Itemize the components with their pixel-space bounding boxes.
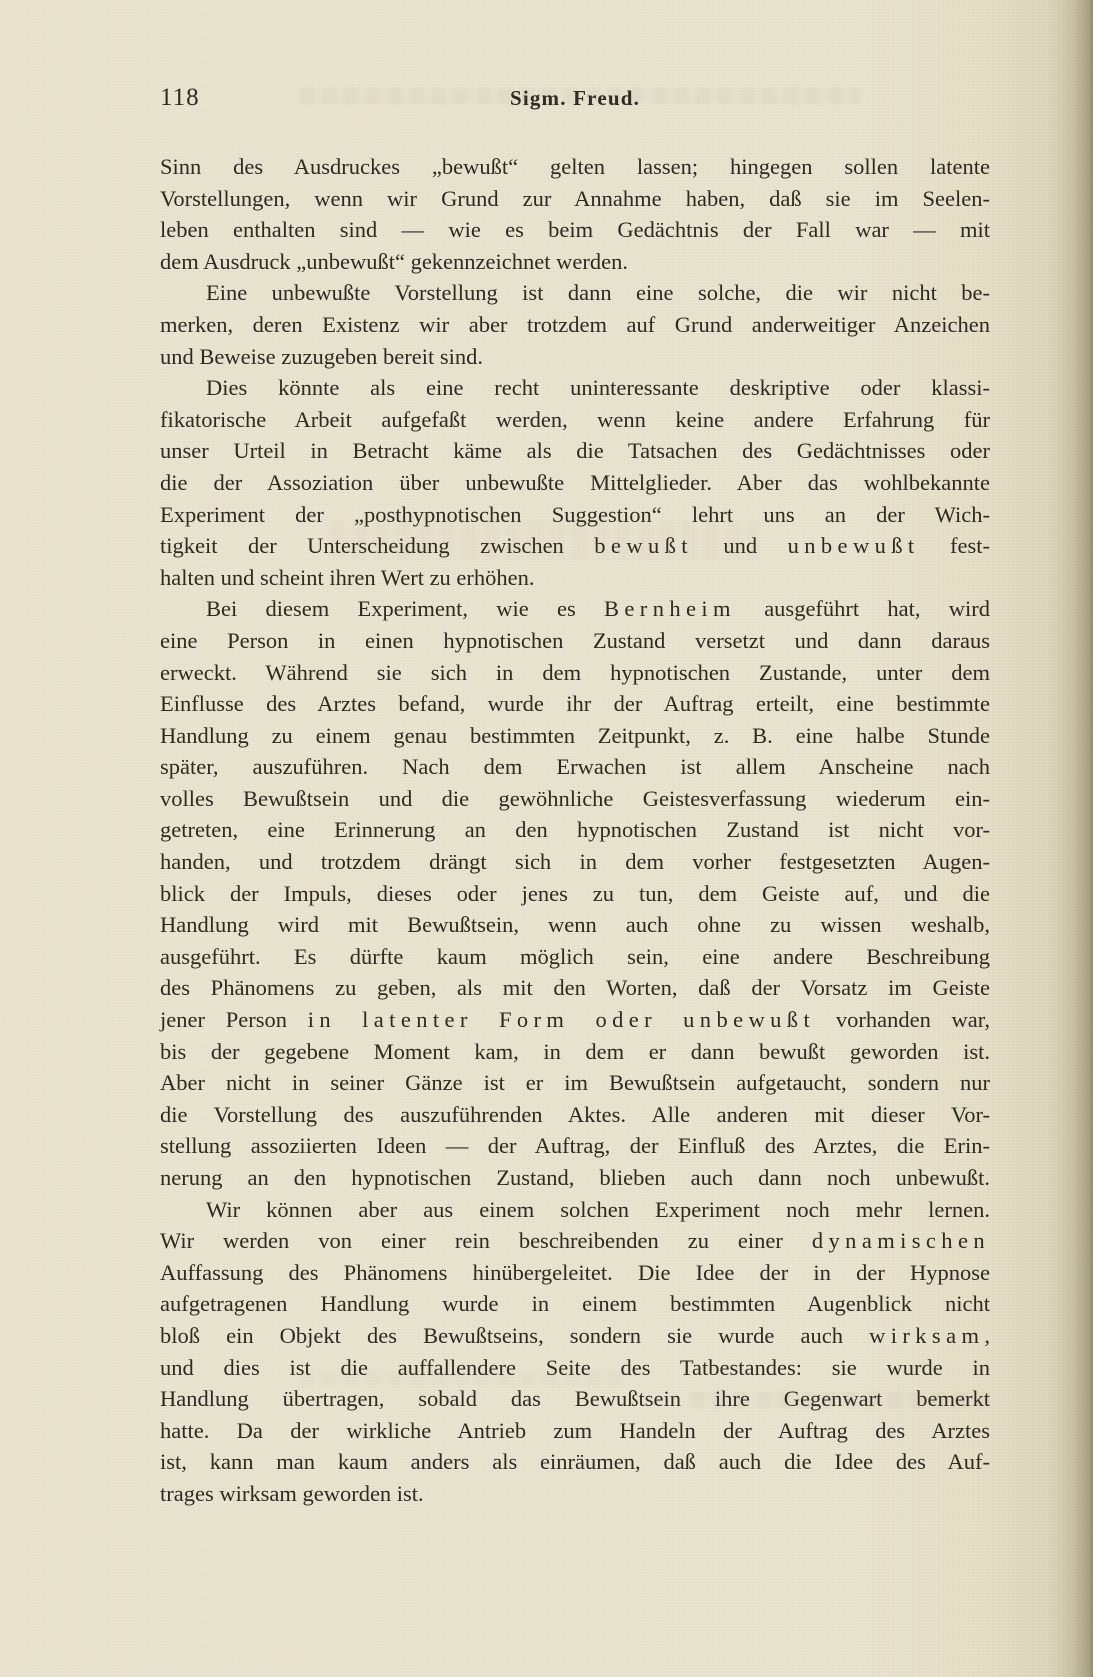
text-line: blick der Impuls, dieses oder jenes zu t… bbox=[160, 878, 990, 910]
body-text: Sinn des Ausdruckes „bewußt“ gelten lass… bbox=[160, 151, 990, 1510]
text-run: bloß ein Objekt des Bewußtseins, sondern… bbox=[160, 1323, 869, 1348]
text-run: und bbox=[693, 533, 788, 558]
text-run: merken, deren Existenz wir aber trotzdem… bbox=[160, 312, 990, 337]
text-run: nerung an den hypnotischen Zustand, blie… bbox=[160, 1165, 990, 1190]
text-line: bis der gegebene Moment kam, in dem er d… bbox=[160, 1036, 990, 1068]
text-run: tigkeit der Unterscheidung zwischen bbox=[160, 533, 594, 558]
text-line: die der Assoziation über unbewußte Mitte… bbox=[160, 467, 990, 499]
text-run: fikatorische Arbeit aufgefaßt werden, we… bbox=[160, 407, 990, 432]
text-run: Dies könnte als eine recht uninteressant… bbox=[206, 375, 990, 400]
text-line: eine Person in einen hypnotischen Zustan… bbox=[160, 625, 990, 657]
text-line: ist, kann man kaum anders als einräumen,… bbox=[160, 1446, 990, 1478]
text-run: getreten, eine Erinnerung an den hypnoti… bbox=[160, 817, 990, 842]
text-line: Wir werden von einer rein beschreibenden… bbox=[160, 1225, 990, 1257]
text-run: eine Person in einen hypnotischen Zustan… bbox=[160, 628, 990, 653]
page-edge-shadow bbox=[1047, 0, 1093, 1677]
text-run: erweckt. Während sie sich in dem hypnoti… bbox=[160, 660, 990, 685]
text-line: Vorstellungen, wenn wir Grund zur Annahm… bbox=[160, 183, 990, 215]
text-run: Handlung wird mit Bewußtsein, wenn auch … bbox=[160, 912, 990, 937]
text-run: die der Assoziation über unbewußte Mitte… bbox=[160, 470, 990, 495]
letterspaced-text-run: Bernheim bbox=[604, 596, 736, 621]
text-line: des Phänomens zu geben, als mit den Wort… bbox=[160, 972, 990, 1004]
letterspaced-text-run: bewußt bbox=[594, 533, 693, 558]
text-line: Handlung wird mit Bewußtsein, wenn auch … bbox=[160, 909, 990, 941]
text-run: später, auszuführen. Nach dem Erwachen i… bbox=[160, 754, 990, 779]
text-run: blick der Impuls, dieses oder jenes zu t… bbox=[160, 881, 990, 906]
text-line: und dies ist die auffallendere Seite des… bbox=[160, 1352, 990, 1384]
text-line: hatte. Da der wirkliche Antrieb zum Hand… bbox=[160, 1415, 990, 1447]
text-run: ist, kann man kaum anders als einräumen,… bbox=[160, 1449, 990, 1474]
text-line: und Beweise zuzugeben bereit sind. bbox=[160, 341, 990, 373]
text-run: und Beweise zuzugeben bereit sind. bbox=[160, 344, 483, 369]
text-line: später, auszuführen. Nach dem Erwachen i… bbox=[160, 751, 990, 783]
text-line: merken, deren Existenz wir aber trotzdem… bbox=[160, 309, 990, 341]
text-line: fikatorische Arbeit aufgefaßt werden, we… bbox=[160, 404, 990, 436]
text-line: Sinn des Ausdruckes „bewußt“ gelten lass… bbox=[160, 151, 990, 183]
text-line: ausgeführt. Es dürfte kaum möglich sein,… bbox=[160, 941, 990, 973]
text-run: Bei diesem Experiment, wie es bbox=[206, 596, 604, 621]
text-run: fest- bbox=[920, 533, 990, 558]
text-run: halten und scheint ihren Wert zu erhöhen… bbox=[160, 565, 535, 590]
running-header: Sigm. Freud. bbox=[160, 86, 990, 111]
text-run: bis der gegebene Moment kam, in dem er d… bbox=[160, 1039, 990, 1064]
text-run: ausgeführt. Es dürfte kaum möglich sein,… bbox=[160, 944, 990, 969]
letterspaced-text-run: in latenter Form oder unbewußt bbox=[308, 1007, 815, 1032]
letterspaced-text-run: dynamischen bbox=[812, 1228, 990, 1253]
text-run: Sinn des Ausdruckes „bewußt“ gelten lass… bbox=[160, 154, 990, 179]
text-line: handen, und trotzdem drängt sich in dem … bbox=[160, 846, 990, 878]
text-run: Eine unbewußte Vorstellung ist dann eine… bbox=[206, 280, 990, 305]
text-run: , bbox=[984, 1323, 990, 1348]
text-line: erweckt. Während sie sich in dem hypnoti… bbox=[160, 657, 990, 689]
letterspaced-text-run: unbewußt bbox=[788, 533, 920, 558]
text-run: ausgeführt hat, wird bbox=[736, 596, 990, 621]
text-run: unser Urteil in Betracht käme als die Ta… bbox=[160, 438, 990, 463]
text-line: Bei diesem Experiment, wie es Bernheim a… bbox=[160, 593, 990, 625]
text-line: die Vorstellung des auszuführenden Aktes… bbox=[160, 1099, 990, 1131]
text-run: und dies ist die auffallendere Seite des… bbox=[160, 1355, 990, 1380]
text-line: tigkeit der Unterscheidung zwischen bewu… bbox=[160, 530, 990, 562]
text-run: Handlung übertragen, sobald das Bewußtse… bbox=[160, 1386, 990, 1411]
text-line: bloß ein Objekt des Bewußtseins, sondern… bbox=[160, 1320, 990, 1352]
text-line: halten und scheint ihren Wert zu erhöhen… bbox=[160, 562, 990, 594]
text-run: Auffassung des Phänomens hinübergeleitet… bbox=[160, 1260, 990, 1285]
text-line: Eine unbewußte Vorstellung ist dann eine… bbox=[160, 277, 990, 309]
text-run: Experiment der „posthypnotischen Suggest… bbox=[160, 502, 990, 527]
text-line: Handlung übertragen, sobald das Bewußtse… bbox=[160, 1383, 990, 1415]
text-line: dem Ausdruck „unbewußt“ gekennzeichnet w… bbox=[160, 246, 990, 278]
letterspaced-text-run: wirksam bbox=[869, 1323, 984, 1348]
text-line: Wir können aber aus einem solchen Experi… bbox=[160, 1194, 990, 1226]
text-run: aufgetragenen Handlung wurde in einem be… bbox=[160, 1291, 990, 1316]
text-line: aufgetragenen Handlung wurde in einem be… bbox=[160, 1288, 990, 1320]
text-run: hatte. Da der wirkliche Antrieb zum Hand… bbox=[160, 1418, 990, 1443]
text-line: Dies könnte als eine recht uninteressant… bbox=[160, 372, 990, 404]
text-line: Einflusse des Arztes befand, wurde ihr d… bbox=[160, 688, 990, 720]
text-line: stellung assoziierten Ideen — der Auftra… bbox=[160, 1130, 990, 1162]
text-line: Handlung zu einem genau bestimmten Zeitp… bbox=[160, 720, 990, 752]
text-line: nerung an den hypnotischen Zustand, blie… bbox=[160, 1162, 990, 1194]
text-run: die Vorstellung des auszuführenden Aktes… bbox=[160, 1102, 990, 1127]
text-line: getreten, eine Erinnerung an den hypnoti… bbox=[160, 814, 990, 846]
text-line: Aber nicht in seiner Gänze ist er im Bew… bbox=[160, 1067, 990, 1099]
text-line: unser Urteil in Betracht käme als die Ta… bbox=[160, 435, 990, 467]
text-line: volles Bewußtsein und die gewöhnliche Ge… bbox=[160, 783, 990, 815]
text-run: volles Bewußtsein und die gewöhnliche Ge… bbox=[160, 786, 990, 811]
text-line: Experiment der „posthypnotischen Suggest… bbox=[160, 499, 990, 531]
text-run: dem Ausdruck „unbewußt“ gekennzeichnet w… bbox=[160, 249, 628, 274]
text-run: Einflusse des Arztes befand, wurde ihr d… bbox=[160, 691, 990, 716]
text-line: trages wirksam geworden ist. bbox=[160, 1478, 990, 1510]
text-run: Vorstellungen, wenn wir Grund zur Annahm… bbox=[160, 186, 990, 211]
text-run: Aber nicht in seiner Gänze ist er im Bew… bbox=[160, 1070, 990, 1095]
text-line: leben enthalten sind — wie es beim Gedäc… bbox=[160, 214, 990, 246]
text-run: Wir werden von einer rein beschreibenden… bbox=[160, 1228, 812, 1253]
text-run: handen, und trotzdem drängt sich in dem … bbox=[160, 849, 990, 874]
text-run: des Phänomens zu geben, als mit den Wort… bbox=[160, 975, 990, 1000]
text-run: stellung assoziierten Ideen — der Auftra… bbox=[160, 1133, 990, 1158]
text-run: Wir können aber aus einem solchen Experi… bbox=[206, 1197, 990, 1222]
book-page-scan: 118 Sigm. Freud. Sinn des Ausdruckes „be… bbox=[0, 0, 1093, 1677]
text-run: Handlung zu einem genau bestimmten Zeitp… bbox=[160, 723, 990, 748]
text-run: leben enthalten sind — wie es beim Gedäc… bbox=[160, 217, 990, 242]
text-run: trages wirksam geworden ist. bbox=[160, 1481, 424, 1506]
text-line: jener Person in latenter Form oder unbew… bbox=[160, 1004, 990, 1036]
text-line: Auffassung des Phänomens hinübergeleitet… bbox=[160, 1257, 990, 1289]
text-run: vorhanden war, bbox=[815, 1007, 990, 1032]
text-run: jener Person bbox=[160, 1007, 308, 1032]
page-header: 118 Sigm. Freud. bbox=[160, 82, 990, 116]
